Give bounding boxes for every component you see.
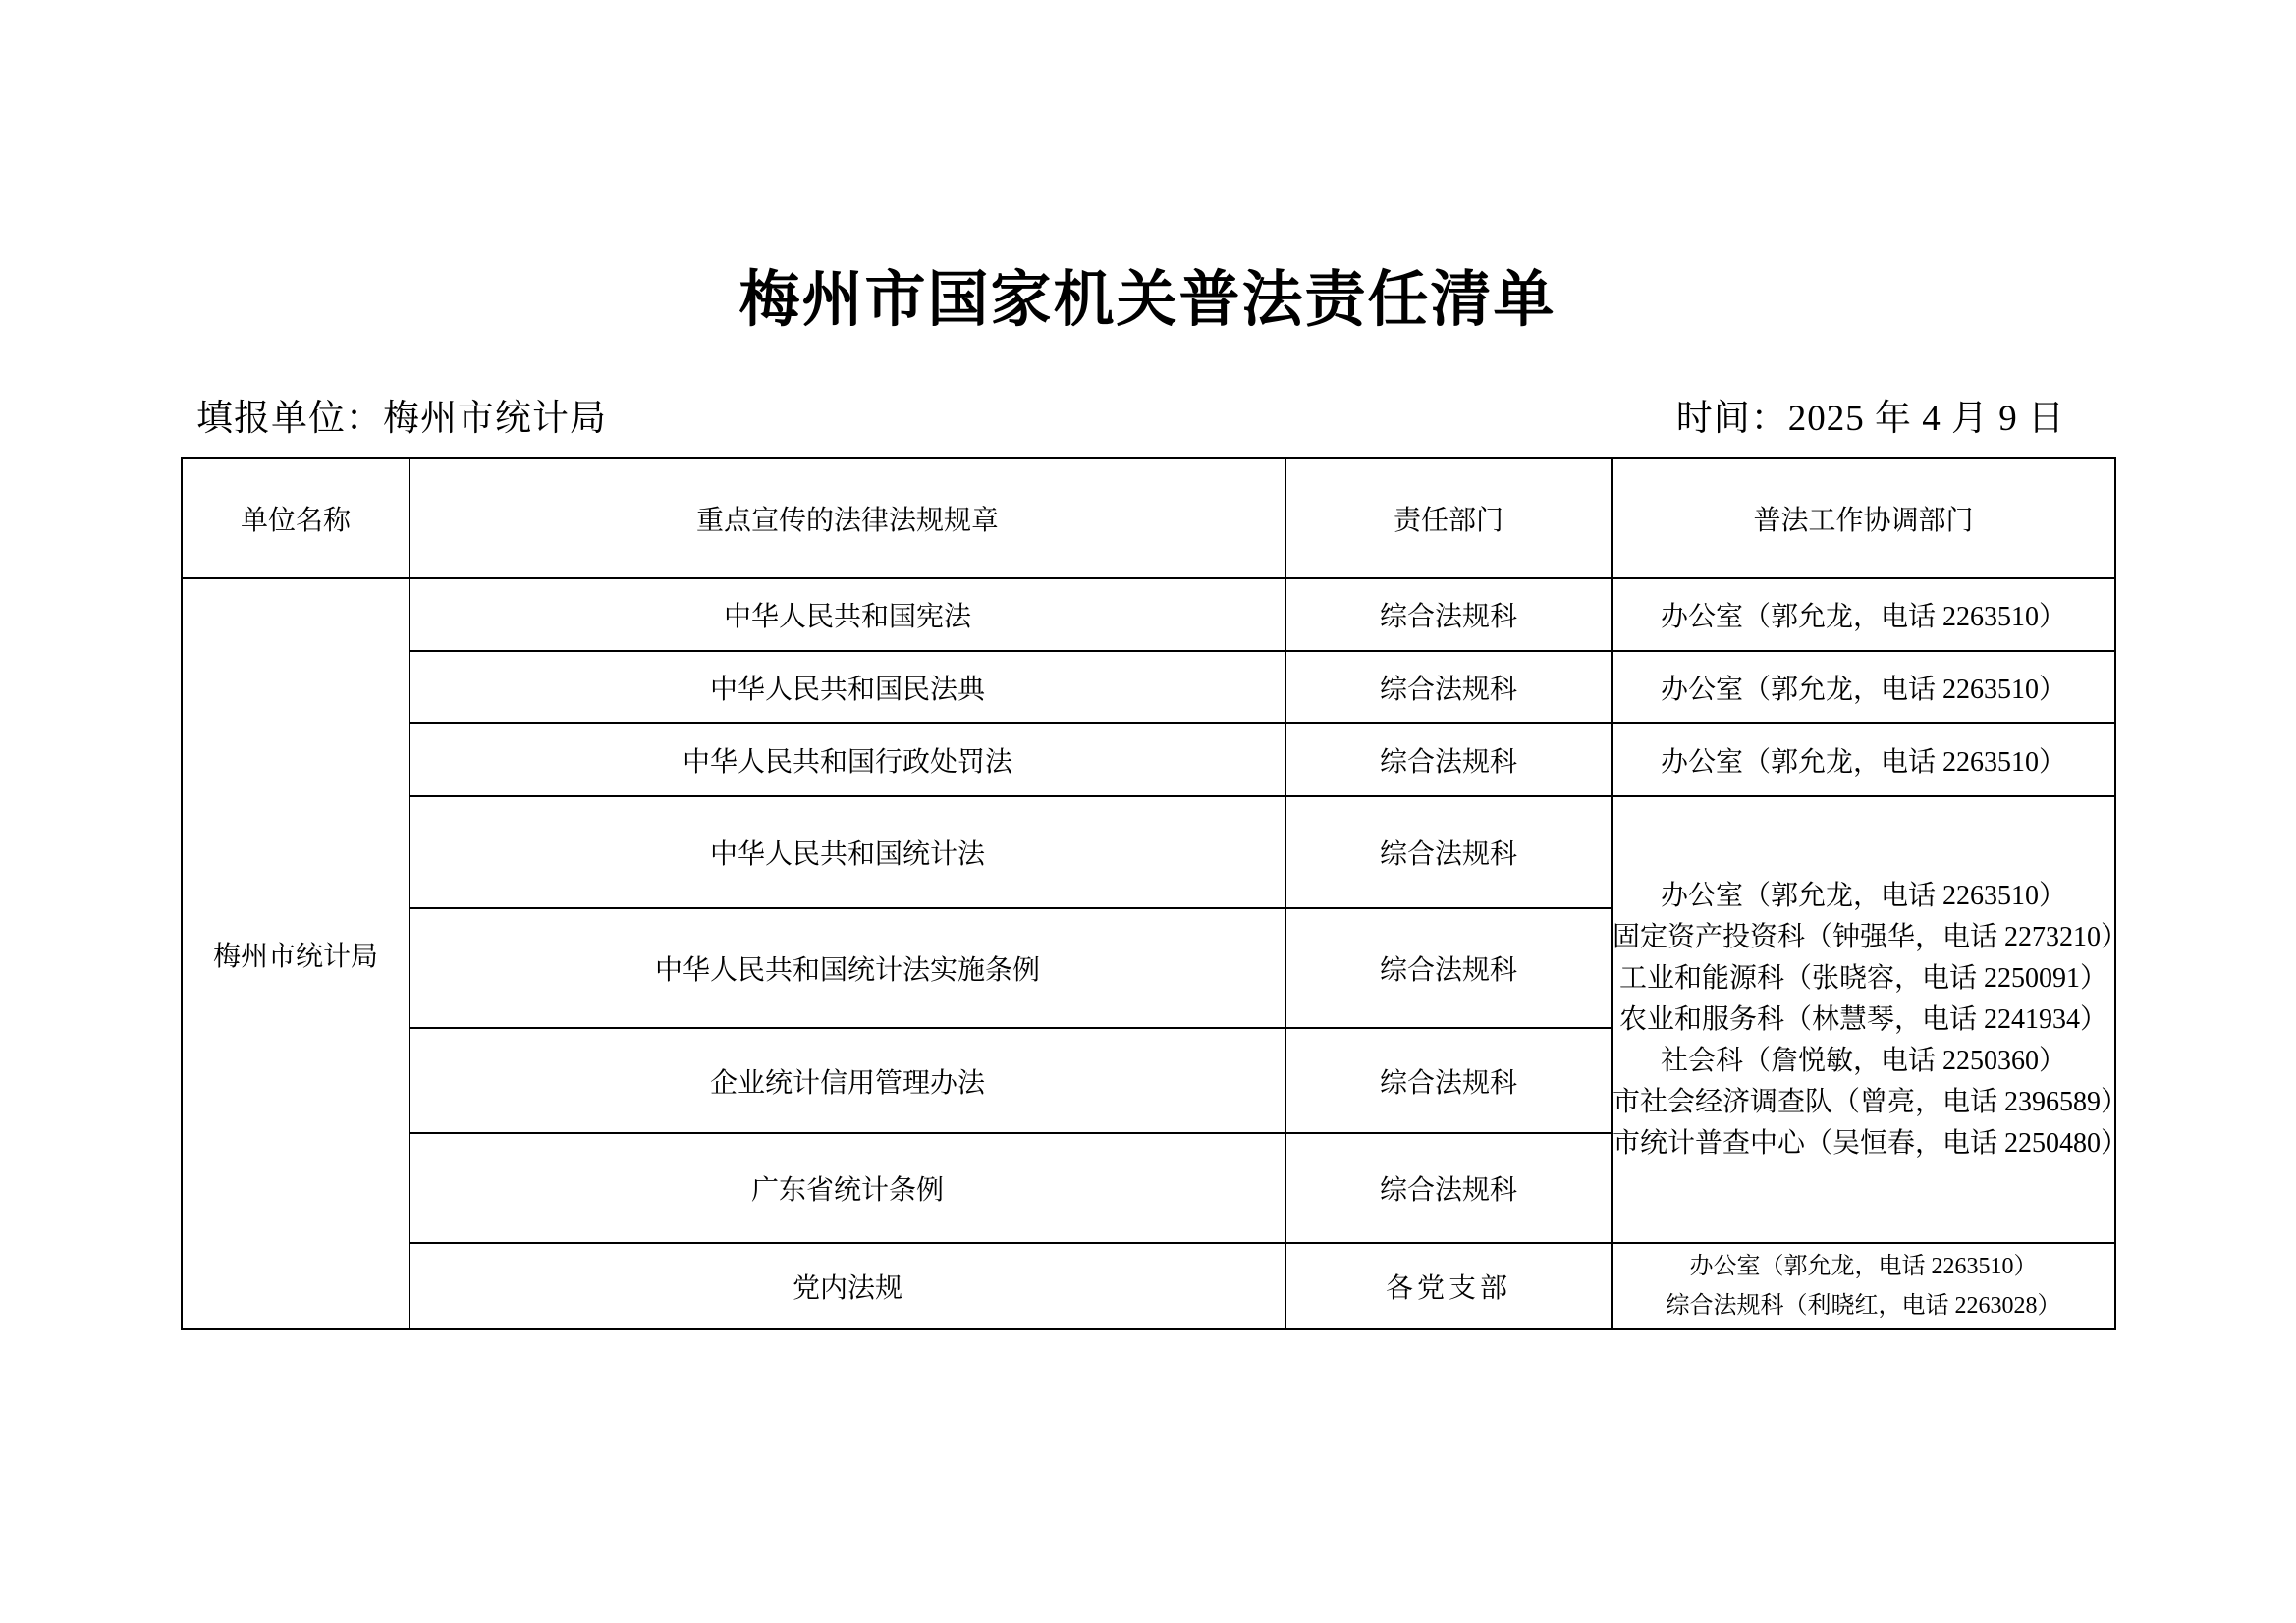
cell-dept-1: 综合法规科 xyxy=(1285,578,1612,651)
cell-law-7: 广东省统计条例 xyxy=(410,1133,1285,1243)
cell-coord-1: 办公室（郭允龙，电话 2263510） xyxy=(1612,578,2115,651)
coord-line: 市统计普查中心（吴恒春，电话 2250480） xyxy=(1613,1123,2114,1164)
table-row: 中华人民共和国统计法 综合法规科 办公室（郭允龙，电话 2263510） 固定资… xyxy=(182,796,2115,908)
coord-line: 农业和服务科（林慧琴，电话 2241934） xyxy=(1613,1000,2114,1041)
coord-line: 办公室（郭允龙，电话 2263510） xyxy=(1613,1247,2114,1286)
table-row: 中华人民共和国行政处罚法 综合法规科 办公室（郭允龙，电话 2263510） xyxy=(182,723,2115,796)
table-header-row: 单位名称 重点宣传的法律法规规章 责任部门 普法工作协调部门 xyxy=(182,458,2115,578)
header-coord: 普法工作协调部门 xyxy=(1612,458,2115,578)
cell-dept-5: 综合法规科 xyxy=(1285,908,1612,1028)
reporting-unit-label: 填报单位：梅州市统计局 xyxy=(181,388,607,441)
report-date-label: 时间：2025 年 4 月 9 日 xyxy=(1676,388,2114,441)
cell-law-8: 党内法规 xyxy=(410,1243,1285,1329)
cell-law-1: 中华人民共和国宪法 xyxy=(410,578,1285,651)
header-laws: 重点宣传的法律法规规章 xyxy=(410,458,1285,578)
cell-dept-2: 综合法规科 xyxy=(1285,651,1612,723)
responsibility-table: 单位名称 重点宣传的法律法规规章 责任部门 普法工作协调部门 梅州市统计局 中华… xyxy=(181,457,2116,1330)
coord-line: 市社会经济调查队（曾亮，电话 2396589） xyxy=(1613,1082,2114,1123)
cell-dept-3: 综合法规科 xyxy=(1285,723,1612,796)
cell-coord-8: 办公室（郭允龙，电话 2263510） 综合法规科（利晓红，电话 2263028… xyxy=(1612,1243,2115,1329)
document-page: 梅州市国家机关普法责任清单 填报单位：梅州市统计局 时间：2025 年 4 月 … xyxy=(0,0,2296,1623)
page-title: 梅州市国家机关普法责任清单 xyxy=(181,267,2114,334)
cell-coord-3: 办公室（郭允龙，电话 2263510） xyxy=(1612,723,2115,796)
cell-dept-8: 各党支部 xyxy=(1285,1243,1612,1329)
coord-line: 办公室（郭允龙，电话 2263510） xyxy=(1613,876,2114,917)
cell-coord-2: 办公室（郭允龙，电话 2263510） xyxy=(1612,651,2115,723)
cell-coord-merged: 办公室（郭允龙，电话 2263510） 固定资产投资科（钟强华，电话 22732… xyxy=(1612,796,2115,1243)
table-row: 中华人民共和国民法典 综合法规科 办公室（郭允龙，电话 2263510） xyxy=(182,651,2115,723)
cell-law-2: 中华人民共和国民法典 xyxy=(410,651,1285,723)
cell-law-3: 中华人民共和国行政处罚法 xyxy=(410,723,1285,796)
table-row: 梅州市统计局 中华人民共和国宪法 综合法规科 办公室（郭允龙，电话 226351… xyxy=(182,578,2115,651)
cell-law-4: 中华人民共和国统计法 xyxy=(410,796,1285,908)
cell-dept-6: 综合法规科 xyxy=(1285,1028,1612,1133)
cell-dept-4: 综合法规科 xyxy=(1285,796,1612,908)
table-row: 党内法规 各党支部 办公室（郭允龙，电话 2263510） 综合法规科（利晓红，… xyxy=(182,1243,2115,1329)
header-dept: 责任部门 xyxy=(1285,458,1612,578)
cell-dept-7: 综合法规科 xyxy=(1285,1133,1612,1243)
coord-line: 工业和能源科（张晓容，电话 2250091） xyxy=(1613,958,2114,1000)
meta-row: 填报单位：梅州市统计局 时间：2025 年 4 月 9 日 xyxy=(181,387,2114,442)
coord-line: 综合法规科（利晓红，电话 2263028） xyxy=(1613,1286,2114,1325)
coord-line: 固定资产投资科（钟强华，电话 2273210） xyxy=(1613,917,2114,958)
header-unit-name: 单位名称 xyxy=(182,458,410,578)
cell-law-6: 企业统计信用管理办法 xyxy=(410,1028,1285,1133)
coord-line: 社会科（詹悦敏，电话 2250360） xyxy=(1613,1041,2114,1082)
cell-unit-name: 梅州市统计局 xyxy=(182,578,410,1329)
cell-law-5: 中华人民共和国统计法实施条例 xyxy=(410,908,1285,1028)
